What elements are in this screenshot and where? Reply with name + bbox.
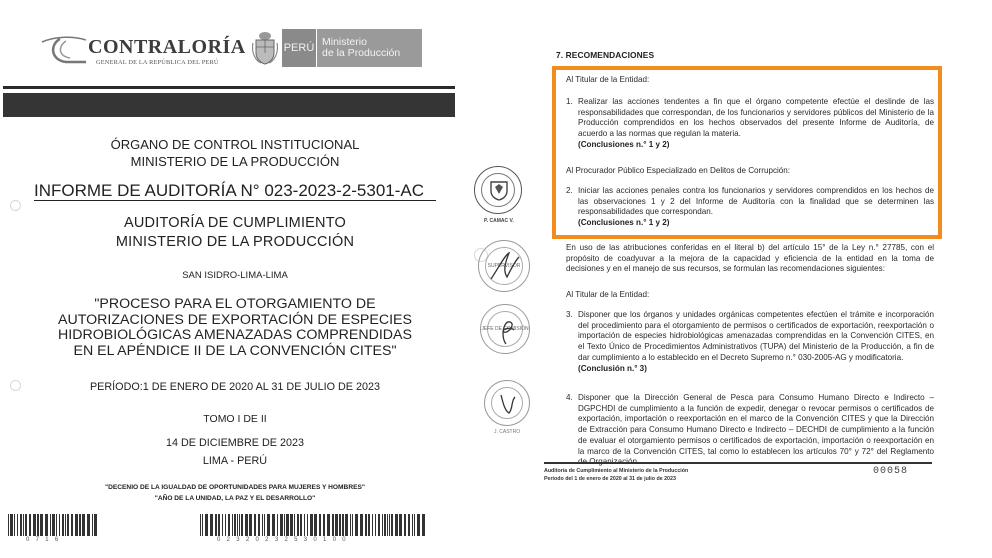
recommendation-3-ref: (Conclusión n.° 3) <box>578 364 647 373</box>
report-page-recommendations: 7. RECOMENDACIONES Al Titular de la Enti… <box>550 0 990 558</box>
contraloria-logo: CONTRALORÍA GENERAL DE LA REPÚBLICA DEL … <box>40 30 220 70</box>
intro-paragraph: En uso de las atribuciones conferidas en… <box>566 243 934 275</box>
barcode-large <box>200 514 427 536</box>
punch-hole <box>10 200 21 211</box>
report-cover-page: CONTRALORÍA GENERAL DE LA REPÚBLICA DEL … <box>0 0 470 558</box>
item-number: 4. <box>566 393 573 402</box>
punch-hole <box>10 380 21 391</box>
stamp-caption: P. CAMAC V. <box>484 218 514 224</box>
recommendation-1-text: Realizar las acciones tendentes a fin qu… <box>578 97 934 138</box>
barcode-small <box>8 514 98 536</box>
recommendation-2: Iniciar las acciones penales contra los … <box>578 186 934 229</box>
page-footer: Auditoría de Cumplimiento al Ministerio … <box>544 467 688 483</box>
contraloria-subtitle: GENERAL DE LA REPÚBLICA DEL PERÚ <box>96 59 219 66</box>
period-text: PERÍODO:1 DE ENERO DE 2020 AL 31 DE JULI… <box>0 381 470 393</box>
motto-decenio: "DECENIO DE LA IGUALDAD DE OPORTUNIDADES… <box>0 482 470 493</box>
peru-label: PERÚ <box>282 29 316 67</box>
recommendation-3-text: Disponer que los órganos y unidades orgá… <box>578 310 934 362</box>
footer-line2: Periodo del 1 de enero de 2020 al 31 de … <box>544 475 688 483</box>
signature-icon <box>493 389 523 419</box>
peru-coat-of-arms-icon <box>252 31 278 65</box>
official-seal-stamp <box>484 380 530 426</box>
contraloria-swoosh-icon <box>40 34 86 66</box>
stamp-caption: J. CASTRO <box>494 429 520 435</box>
report-number: INFORME DE AUDITORÍA N° 023-2023-2-5301-… <box>0 181 470 201</box>
recommendation-3: Disponer que los órganos y unidades orgá… <box>578 310 934 374</box>
report-number-text: INFORME DE AUDITORÍA N° 023-2023-2-5301-… <box>34 181 436 201</box>
footer-rule <box>544 462 932 464</box>
process-title-line: EN EL APÉNDICE II DE LA CONVENCIÓN CITES… <box>0 344 470 360</box>
recommendation-2-ref: (Conclusiones n.° 1 y 2) <box>578 218 669 227</box>
recommendation-1: Realizar las acciones tendentes a fin qu… <box>578 97 934 151</box>
barcode-small-digits: 0716 <box>26 537 65 543</box>
process-title-line: "PROCESO PARA EL OTORGAMIENTO DE <box>0 297 470 313</box>
official-mottos: "DECENIO DE LA IGUALDAD DE OPORTUNIDADES… <box>0 482 470 504</box>
addressee-entity-head-2: Al Titular de la Entidad: <box>566 290 649 301</box>
volume-text: TOMO I DE II <box>0 413 470 425</box>
organ-heading: ÓRGANO DE CONTROL INSTITUCIONAL MINISTER… <box>0 136 470 170</box>
folio-number: 00058 <box>873 466 908 477</box>
place-text: LIMA - PERÚ <box>0 455 470 467</box>
section-title: 7. RECOMENDACIONES <box>556 50 654 60</box>
item-number: 2. <box>566 186 573 195</box>
commission-chief-stamp: JEFE DE COMISIÓN <box>480 304 530 354</box>
ministry-label: Ministerio de la Producción <box>317 29 422 67</box>
contraloria-title: CONTRALORÍA <box>88 36 246 59</box>
footer-line1: Auditoría de Cumplimiento al Ministerio … <box>544 467 688 475</box>
audit-line2: MINISTERIO DE LA PRODUCCIÓN <box>0 233 470 252</box>
item-number: 1. <box>566 97 573 106</box>
header-band <box>3 93 455 117</box>
barcode-large-digits: 02320232530100 <box>217 537 352 543</box>
recommendation-1-ref: (Conclusiones n.° 1 y 2) <box>578 140 669 149</box>
organ-line1: ÓRGANO DE CONTROL INSTITUCIONAL <box>0 136 470 153</box>
recommendation-2-text: Iniciar las acciones penales contra los … <box>578 186 934 216</box>
signature-icon <box>486 310 526 350</box>
header-rule <box>3 86 455 89</box>
supervisor-stamp: SUPERVISOR <box>478 240 530 292</box>
motto-year: "AÑO DE LA UNIDAD, LA PAZ Y EL DESARROLL… <box>0 493 470 504</box>
process-title-line: AUTORIZACIONES DE EXPORTACIÓN DE ESPECIE… <box>0 313 470 329</box>
seal-emblem-icon <box>489 179 509 201</box>
ministry-line2: de la Producción <box>322 48 422 59</box>
signature-icon <box>485 247 525 287</box>
organ-line2: MINISTERIO DE LA PRODUCCIÓN <box>0 153 470 170</box>
audit-type-heading: AUDITORÍA DE CUMPLIMIENTO MINISTERIO DE … <box>0 214 470 252</box>
official-seal-stamp <box>474 166 522 214</box>
location-text: SAN ISIDRO-LIMA-LIMA <box>0 270 470 281</box>
date-text: 14 DE DICIEMBRE DE 2023 <box>0 437 470 449</box>
addressee-prosecutor: Al Procurador Público Especializado en D… <box>566 166 790 177</box>
item-number: 3. <box>566 310 573 319</box>
produce-logo: PERÚ Ministerio de la Producción <box>252 29 422 69</box>
addressee-entity-head: Al Titular de la Entidad: <box>566 75 649 86</box>
audit-line1: AUDITORÍA DE CUMPLIMIENTO <box>0 214 470 233</box>
process-title-line: HIDROBIOLÓGICAS AMENAZADAS COMPRENDIDAS <box>0 328 470 344</box>
recommendation-4: Disponer que la Dirección General de Pes… <box>578 393 934 468</box>
process-title: "PROCESO PARA EL OTORGAMIENTO DE AUTORIZ… <box>0 297 470 359</box>
